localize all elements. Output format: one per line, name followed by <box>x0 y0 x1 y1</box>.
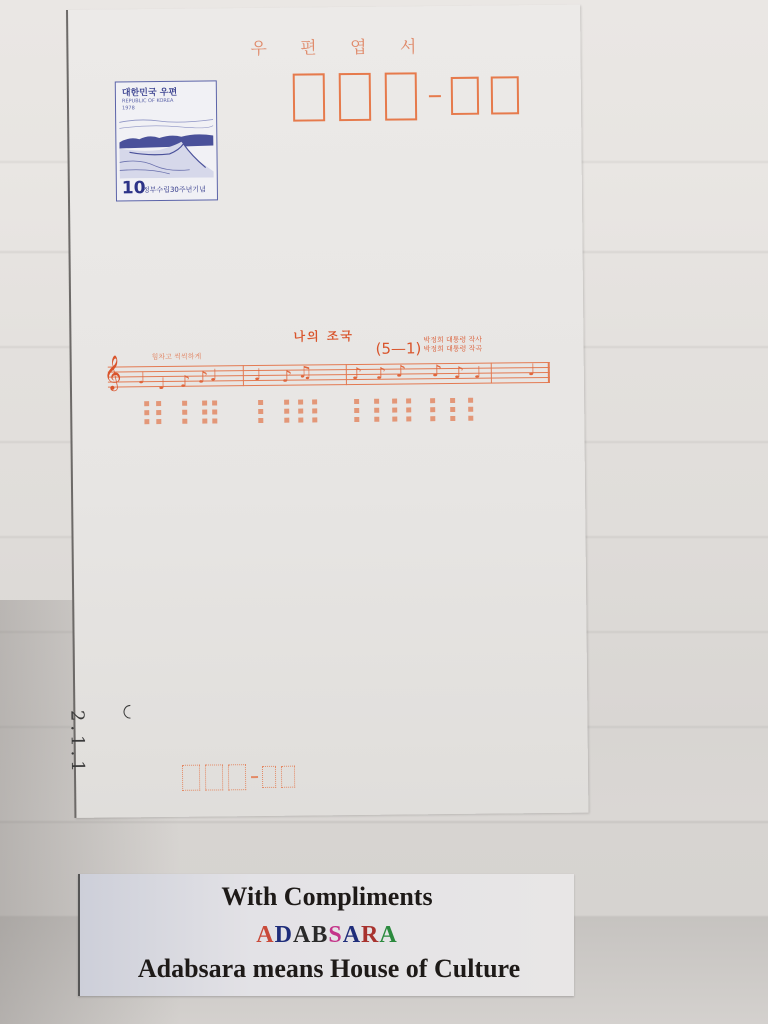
postal-code-dash <box>429 95 441 97</box>
note-icon: ♫ <box>298 364 313 380</box>
song-lyrics <box>144 396 474 429</box>
note-icon: ♪ <box>198 370 208 386</box>
brand-letter: A <box>256 922 274 948</box>
mountain-landscape-icon <box>119 111 214 178</box>
note-icon: ♪ <box>352 366 362 382</box>
postal-code-box <box>385 72 418 120</box>
label-brand-name: ADABSARA <box>80 922 574 949</box>
song-credits: 박정희 대통령 작사 박정희 대통령 작곡 <box>423 336 482 355</box>
pencil-mark: ◡ <box>121 704 142 720</box>
postal-code-boxes-bottom <box>182 764 300 791</box>
brand-letter: A <box>343 922 361 948</box>
postcard-title: 우 편 엽 서 <box>250 32 430 59</box>
label-with-compliments: With Compliments <box>80 882 574 912</box>
composer-credit: 박정희 대통령 작곡 <box>424 345 483 355</box>
postal-code-box <box>339 73 372 121</box>
brand-letter: R <box>361 922 379 948</box>
compliments-label: With Compliments ADABSARA Adabsara means… <box>78 874 574 996</box>
postal-code-box <box>262 766 276 788</box>
brand-letter: S <box>328 922 342 948</box>
tempo-marking: 힘차고 씩씩하게 <box>152 352 202 363</box>
postal-code-box <box>293 73 326 121</box>
note-icon: ♩ <box>254 367 262 383</box>
note-icon: ♪ <box>396 363 406 379</box>
brand-letter: A <box>293 922 311 948</box>
postal-code-boxes-top <box>293 71 531 121</box>
postal-code-box <box>491 76 519 114</box>
stamp-caption: 정부수립30주년기념 <box>143 185 206 196</box>
postal-code-box <box>451 77 479 115</box>
note-icon: ♪ <box>376 366 386 382</box>
postal-code-box <box>228 764 246 790</box>
note-icon: ♪ <box>282 369 292 385</box>
postal-card: 우 편 엽 서 대한민국 우편 REPUBLIC OF KOREA 1978 1… <box>66 5 588 818</box>
brand-letter: A <box>379 922 397 948</box>
note-icon: ♪ <box>180 374 190 390</box>
pencil-note: 2.1.1 <box>66 710 88 776</box>
song-number: (5—1) <box>375 339 421 357</box>
postal-code-box <box>182 765 200 791</box>
note-icon: ♪ <box>432 363 442 379</box>
stamp-country-english: REPUBLIC OF KOREA <box>122 98 174 105</box>
stamp-year: 1978 <box>122 105 135 111</box>
note-icon: ♩ <box>528 362 536 378</box>
brand-letter: D <box>275 922 293 948</box>
lyrics-text-blurred <box>144 396 474 429</box>
postal-code-dash <box>251 776 258 778</box>
note-icon: ♩ <box>210 367 218 383</box>
song-title: 나의 조국 <box>293 327 354 345</box>
note-icon: ♪ <box>454 365 464 381</box>
note-icon: ♩ <box>474 365 482 381</box>
note-icon: ♩ <box>158 376 166 392</box>
music-staff: 𝄞 ♩ ♩ ♪ ♪ ♩ ♩ ♪ ♫ ♪ ♪ ♪ ♪ ♪ ♩ ♩ <box>108 362 550 389</box>
note-icon: ♩ <box>138 370 146 386</box>
imprinted-stamp: 대한민국 우편 REPUBLIC OF KOREA 1978 10 정부수립30… <box>115 80 218 201</box>
label-tagline: Adabsara means House of Culture <box>84 954 574 984</box>
postal-code-box <box>281 766 295 788</box>
brand-letter: B <box>311 922 328 948</box>
postal-code-box <box>205 764 223 790</box>
treble-clef-icon: 𝄞 <box>104 358 122 388</box>
stamp-country-korean: 대한민국 우편 <box>122 85 177 99</box>
